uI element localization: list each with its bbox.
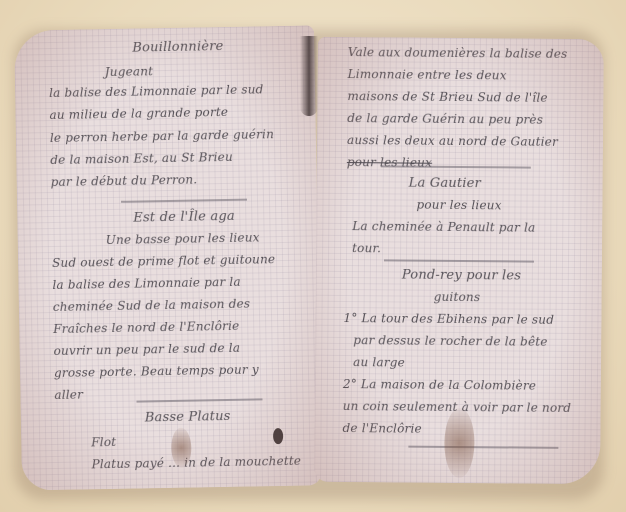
section-subtitle: Flot [91, 435, 116, 449]
text-line: cheminée Sud de la maison des [53, 297, 251, 314]
text-line: tour. [352, 241, 381, 255]
section-title: Pond-rey pour les [402, 268, 521, 284]
text-line: Sud ouest de prime flot et guitoune [52, 252, 275, 270]
left-page: Bouillonnière Jugeant la balise des Limo… [14, 25, 322, 490]
section-subtitle: guitons [434, 290, 481, 304]
text-line: par dessus le rocher de la bête [353, 333, 547, 349]
text-line: de la garde Guérin au peu près [347, 111, 543, 127]
text-line: de l'Enclôrie [342, 421, 421, 436]
divider [121, 199, 247, 203]
text-line: de la maison Est, au St Brieu [50, 150, 233, 167]
text-line: au large [353, 355, 405, 369]
text-line: la balise des Limonnaie par le sud [49, 82, 264, 100]
text-line: La cheminée à Penault par la [352, 219, 535, 235]
text-line: la balise des Limonnaie par la [52, 275, 241, 292]
text-line: aller [54, 388, 83, 402]
text-line: ouvrir un peu par le sud de la [53, 341, 240, 358]
text-line: Fraîches le nord de l'Enclôrie [53, 319, 239, 336]
section-title: La Gautier [409, 176, 481, 192]
text-line: Limonnaie entre les deux [348, 67, 507, 82]
text-line: au milieu de la grande porte [49, 105, 228, 122]
stain [171, 428, 192, 468]
section-title: Est de l'Île aga [133, 209, 235, 226]
text-line: 2° La maison de la Colombière [343, 377, 536, 393]
page-hole [273, 428, 283, 444]
section-title: Bouillonnière [132, 39, 223, 56]
text-line: par le début du Perron. [51, 172, 198, 189]
text-line: grosse porte. Beau temps pour y [54, 362, 259, 380]
text-line: Platus payé ... in de la mouchette [91, 454, 301, 472]
section-subtitle: Jugeant [105, 64, 154, 79]
notebook-spine [300, 36, 318, 116]
right-page: Vale aux doumenières la balise des Limon… [314, 37, 604, 484]
divider [408, 446, 558, 449]
divider [384, 259, 534, 262]
text-line: 1° La tour des Ebihens par le sud [343, 311, 554, 327]
stain [444, 408, 475, 478]
divider [136, 398, 262, 402]
text-line: maisons de St Brieu Sud de l'île [347, 89, 547, 105]
text-line: aussi les deux au nord de Gautier [347, 133, 558, 149]
section-subtitle: Une basse pour les lieux [106, 230, 260, 247]
section-subtitle: pour les lieux [416, 198, 501, 213]
text-line: Vale aux doumenières la balise des [348, 45, 568, 61]
section-title: Basse Platus [145, 409, 231, 425]
text-line: le perron herbe par la garde guérin [50, 127, 274, 145]
